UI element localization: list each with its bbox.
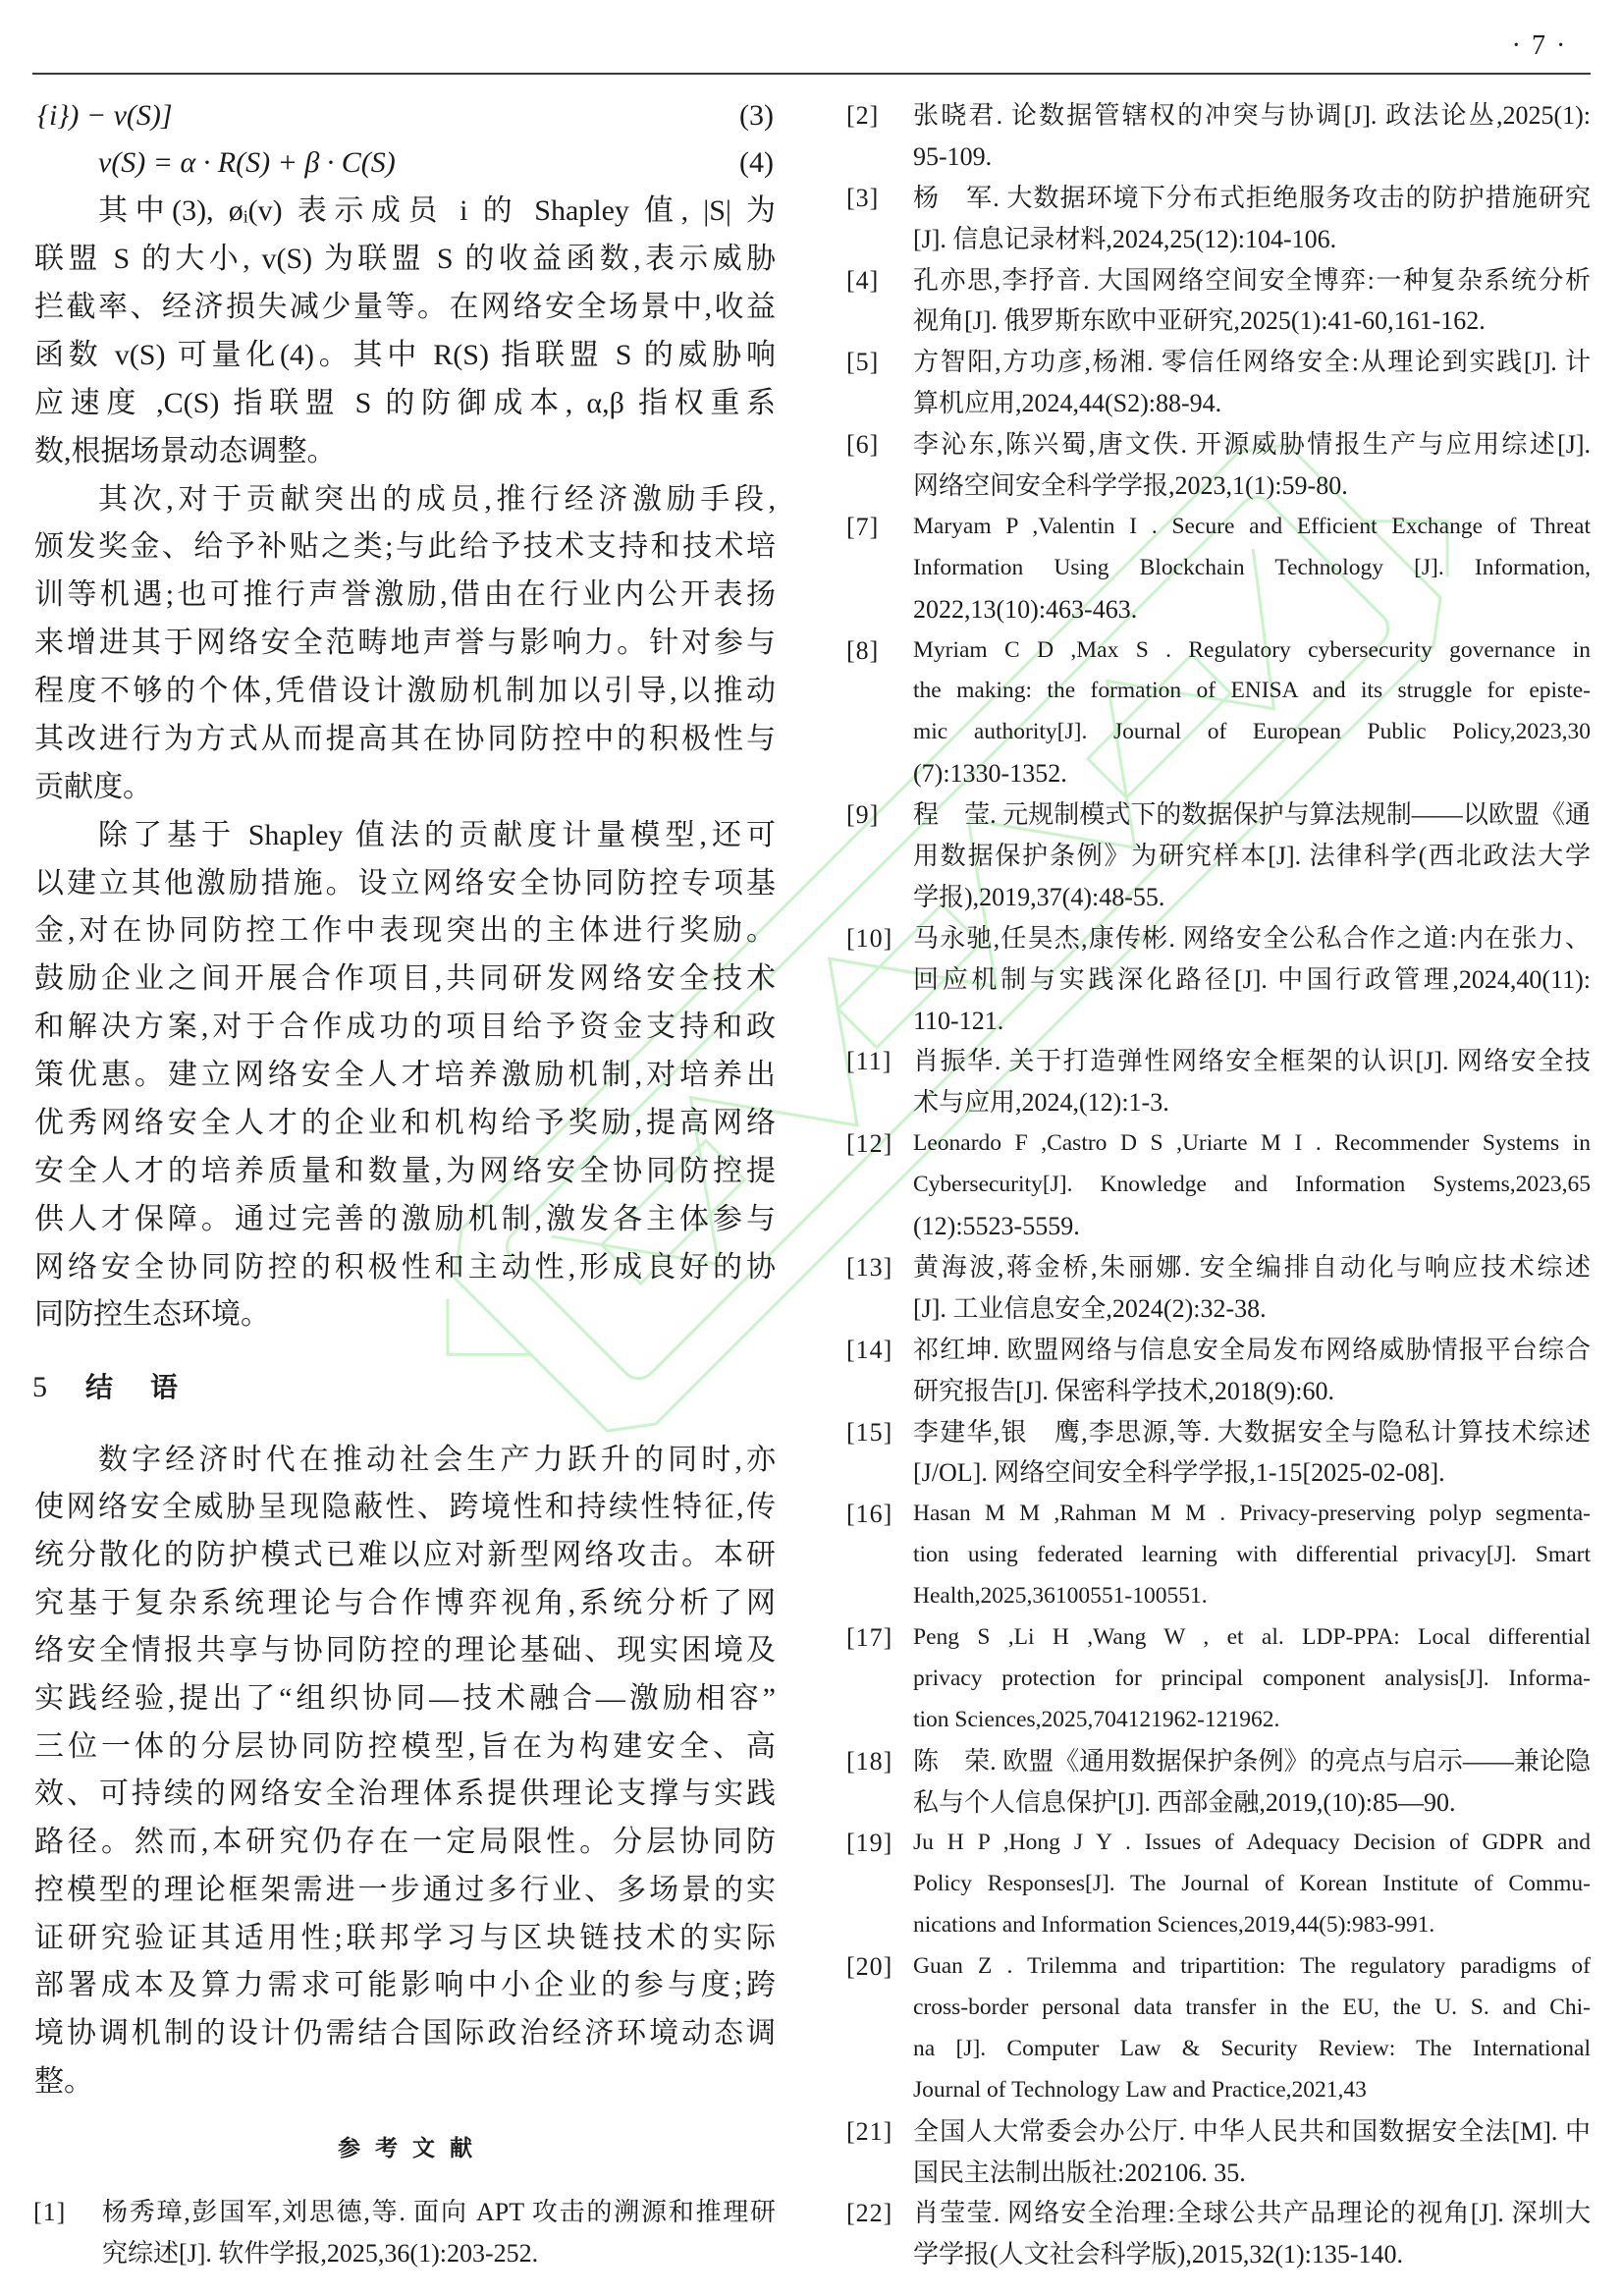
reference-line: Guan Z . Trilemma and tripartition: The … <box>913 1946 1591 1988</box>
reference-item-10: [10] 马永驰,任昊杰,康传彬. 网络安全公私合作之道:内在张力、 回应机制与… <box>846 918 1591 1042</box>
reference-line: 杨秀璋,彭国军,刘思德,等. 面向 APT 攻击的溯源和推理研 <box>102 2192 776 2233</box>
reference-line: 学报),2019,37(4):48-55. <box>913 877 1591 918</box>
reference-line: privacy protection for principal compone… <box>913 1659 1591 1700</box>
text-line: 供人才保障。通过完善的激励机制,激发各主体参与 <box>34 1196 776 1244</box>
text-line: 优秀网络安全人才的企业和机构给予奖励,提高网络 <box>34 1100 776 1148</box>
text-line: 和解决方案,对于合作成功的项目给予资金支持和政 <box>34 1004 776 1052</box>
text-line: 路径。然而,本研究仍存在一定局限性。分层协同防 <box>34 1819 776 1867</box>
page-number: · 7 · <box>1497 27 1582 65</box>
text-line: 程度不够的个体,凭借设计激励机制加以引导,以推动 <box>34 668 776 716</box>
text-line: 数,根据场景动态调整。 <box>34 428 776 476</box>
reference-number: [3] <box>846 178 879 219</box>
reference-line: 视角[J]. 俄罗斯东欧中亚研究,2025(1):41-60,161-162. <box>913 301 1591 342</box>
reference-line: nications and Information Sciences,2019,… <box>913 1905 1591 1946</box>
reference-line: Health,2025,36100551-100551. <box>913 1576 1591 1617</box>
reference-line: 程 莹. 元规制模式下的数据保护与算法规制——以欧盟《通 <box>913 794 1591 836</box>
reference-number: [15] <box>846 1412 892 1453</box>
section-number: 5 <box>32 1364 85 1411</box>
reference-number: [8] <box>846 630 879 672</box>
reference-item-11: [11] 肖振华. 关于打造弹性网络安全框架的认识[J]. 网络安全技 术与应用… <box>846 1041 1591 1123</box>
reference-item-21: [21] 全国人大常委会办公厅. 中华人民共和国数据安全法[M]. 中 国民主法… <box>846 2111 1591 2194</box>
text-line: 安全人才的培养质量和数量,为网络安全协同防控提 <box>34 1148 776 1196</box>
reference-line: Myriam C D ,Max S . Regulatory cybersecu… <box>913 630 1591 672</box>
reference-line: Ju H P ,Hong J Y . Issues of Adequacy De… <box>913 1823 1591 1864</box>
reference-line: 孔亦思,李抒音. 大国网络空间安全博弈:一种复杂系统分析 <box>913 260 1591 301</box>
paragraph-shapley-definition: 其中(3), øᵢ(v) 表示成员 i 的 Shapley 值, |S| 为 联… <box>34 188 776 475</box>
reference-number: [10] <box>846 918 892 959</box>
references-heading: 参考文献 <box>34 2129 776 2168</box>
reference-item-6: [6] 李沁东,陈兴蜀,唐文佚. 开源威胁情报生产与应用综述[J]. 网络空间安… <box>846 424 1591 507</box>
text-line: 三位一体的分层协同防控模型,旨在为构建安全、高 <box>34 1723 776 1772</box>
reference-line: [J]. 工业信息安全,2024(2):32-38. <box>913 1288 1591 1330</box>
equation-4: v(S) = α · R(S) + β · C(S) (4) <box>34 139 776 188</box>
text-line: 除了基于 Shapley 值法的贡献度计量模型,还可 <box>34 812 776 860</box>
text-line: 训等机遇;也可推行声誉激励,借由在行业内公开表扬 <box>34 572 776 620</box>
reference-number: [6] <box>846 424 879 465</box>
reference-line: 究综述[J]. 软件学报,2025,36(1):203-252. <box>102 2233 776 2274</box>
reference-line: 李建华,银 鹰,李思源,等. 大数据安全与隐私计算技术综述 <box>913 1412 1591 1453</box>
reference-item-13: [13] 黄海波,蒋金桥,朱丽娜. 安全编排自动化与响应技术综述 [J]. 工业… <box>846 1247 1591 1330</box>
reference-line: Journal of Technology Law and Practice,2… <box>913 2070 1591 2111</box>
section-heading: 5 结语 <box>32 1364 776 1411</box>
text-line: 联盟 S 的大小, v(S) 为联盟 S 的收益函数,表示威胁 <box>34 236 776 284</box>
reference-line: 马永驰,任昊杰,康传彬. 网络安全公私合作之道:内在张力、 <box>913 918 1591 959</box>
reference-line: 用数据保护条例》为研究样本[J]. 法律科学(西北政法大学 <box>913 836 1591 877</box>
reference-line: 肖莹莹. 网络安全治理:全球公共产品理论的视角[J]. 深圳大 <box>913 2193 1591 2234</box>
text-line: 数字经济时代在推动社会生产力跃升的同时,亦 <box>34 1437 776 1485</box>
reference-item-1: [1] 杨秀璋,彭国军,刘思德,等. 面向 APT 攻击的溯源和推理研 究综述[… <box>33 2192 776 2274</box>
reference-number: [9] <box>846 794 879 836</box>
reference-line: 网络空间安全科学学报,2023,1(1):59-80. <box>913 465 1591 507</box>
reference-item-14: [14] 祁红坤. 欧盟网络与信息安全局发布网络威胁情报平台综合 研究报告[J]… <box>846 1330 1591 1412</box>
text-line: 网络安全协同防控的积极性和主动性,形成良好的协 <box>34 1244 776 1292</box>
reference-line: Cybersecurity[J]. Knowledge and Informat… <box>913 1165 1591 1206</box>
reference-line: 肖振华. 关于打造弹性网络安全框架的认识[J]. 网络安全技 <box>913 1041 1591 1082</box>
reference-line: (12):5523-5559. <box>913 1206 1591 1247</box>
reference-line: 祁红坤. 欧盟网络与信息安全局发布网络威胁情报平台综合 <box>913 1330 1591 1371</box>
reference-line: 黄海波,蒋金桥,朱丽娜. 安全编排自动化与响应技术综述 <box>913 1247 1591 1288</box>
reference-line: 研究报告[J]. 保密科学技术,2018(9):60. <box>913 1371 1591 1412</box>
reference-line: 私与个人信息保护[J]. 西部金融,2019,(10):85—90. <box>913 1782 1591 1824</box>
text-line: 函数 v(S) 可量化(4)。其中 R(S) 指联盟 S 的威胁响 <box>34 332 776 380</box>
reference-item-9: [9] 程 莹. 元规制模式下的数据保护与算法规制——以欧盟《通 用数据保护条例… <box>846 794 1591 918</box>
reference-line: 算机应用,2024,44(S2):88-94. <box>913 383 1591 424</box>
reference-number: [21] <box>846 2111 892 2153</box>
text-line: 部署成本及算力需求可能影响中小企业的参与度;跨 <box>34 1962 776 2010</box>
reference-number: [2] <box>846 95 879 137</box>
text-line: 究基于复杂系统理论与合作博弈视角,系统分析了网 <box>34 1580 776 1628</box>
reference-line: 术与应用,2024,(12):1-3. <box>913 1082 1591 1123</box>
reference-line: [J]. 信息记录材料,2024,25(12):104-106. <box>913 219 1591 260</box>
text-line: 以建立其他激励措施。设立网络安全协同防控专项基 <box>34 860 776 908</box>
reference-list-left: [1] 杨秀璋,彭国军,刘思德,等. 面向 APT 攻击的溯源和推理研 究综述[… <box>33 2192 776 2274</box>
reference-item-15: [15] 李建华,银 鹰,李思源,等. 大数据安全与隐私计算技术综述 [J/OL… <box>846 1412 1591 1495</box>
reference-item-12: [12] Leonardo F ,Castro D S ,Uriarte M I… <box>846 1123 1591 1247</box>
reference-number: [19] <box>846 1823 892 1864</box>
reference-number: [20] <box>846 1946 892 1988</box>
text-line: 其中(3), øᵢ(v) 表示成员 i 的 Shapley 值, |S| 为 <box>34 188 776 236</box>
reference-number: [22] <box>846 2193 892 2234</box>
reference-line: Maryam P ,Valentin I . Secure and Effici… <box>913 507 1591 548</box>
reference-line: tion Sciences,2025,704121962-121962. <box>913 1700 1591 1741</box>
reference-line: 2022,13(10):463-463. <box>913 589 1591 630</box>
text-line: 整。 <box>34 2058 776 2106</box>
reference-number: [11] <box>846 1041 892 1082</box>
reference-item-19: [19] Ju H P ,Hong J Y . Issues of Adequa… <box>846 1823 1591 1946</box>
paragraph-conclusion: 数字经济时代在推动社会生产力跃升的同时,亦 使网络安全威胁呈现隐蔽性、跨境性和持… <box>34 1437 776 2106</box>
reference-line: 陈 荣. 欧盟《通用数据保护条例》的亮点与启示——兼论隐 <box>913 1741 1591 1782</box>
reference-list-right: [2] 张晓君. 论数据管辖权的冲突与协调[J]. 政法论丛,2025(1): … <box>846 95 1591 2275</box>
reference-item-5: [5] 方智阳,方功彦,杨湘. 零信任网络安全:从理论到实践[J]. 计 算机应… <box>846 342 1591 424</box>
reference-line: 方智阳,方功彦,杨湘. 零信任网络安全:从理论到实践[J]. 计 <box>913 342 1591 383</box>
equation-number: (3) <box>739 92 776 140</box>
reference-number: [7] <box>846 507 879 548</box>
paragraph-incentives: 其次,对于贡献突出的成员,推行经济激励手段, 颁发奖金、给予补贴之类;与此给予技… <box>34 476 776 812</box>
reference-line: 张晓君. 论数据管辖权的冲突与协调[J]. 政法论丛,2025(1): <box>913 95 1591 137</box>
text-line: 络安全情报共享与协同防控的理论基础、现实困境及 <box>34 1627 776 1675</box>
reference-number: [13] <box>846 1247 892 1288</box>
text-line: 境协调机制的设计仍需结合国际政治经济环境动态调 <box>34 2010 776 2058</box>
reference-line: Information Using Blockchain Technology … <box>913 548 1591 589</box>
reference-line: [J/OL]. 网络空间安全科学学报,1-15[2025-02-08]. <box>913 1452 1591 1494</box>
header-rule <box>32 73 1591 75</box>
text-line: 拦截率、经济损失减少量等。在网络安全场景中,收益 <box>34 284 776 332</box>
reference-number: [16] <box>846 1494 892 1535</box>
reference-item-7: [7] Maryam P ,Valentin I . Secure and Ef… <box>846 507 1591 630</box>
reference-number: [18] <box>846 1741 892 1782</box>
reference-line: cross-border personal data transfer in t… <box>913 1988 1591 2029</box>
text-line: 控模型的理论框架需进一步通过多行业、多场景的实 <box>34 1867 776 1915</box>
text-line: 使网络安全威胁呈现隐蔽性、跨境性和持续性特征,传 <box>34 1484 776 1532</box>
reference-line: (7):1330-1352. <box>913 753 1591 794</box>
text-line: 效、可持续的网络安全治理体系提供理论支撑与实践 <box>34 1771 776 1819</box>
reference-item-17: [17] Peng S ,Li H ,Wang W , et al. LDP-P… <box>846 1617 1591 1741</box>
paragraph-other-measures: 除了基于 Shapley 值法的贡献度计量模型,还可 以建立其他激励措施。设立网… <box>34 812 776 1340</box>
equation-number: (4) <box>739 139 776 188</box>
equation-expression: v(S) = α · R(S) + β · C(S) <box>34 139 396 188</box>
reference-line: 回应机制与实践深化路径[J]. 中国行政管理,2024,40(11): <box>913 959 1591 1001</box>
reference-line: 杨 军. 大数据环境下分布式拒绝服务攻击的防护措施研究 <box>913 178 1591 219</box>
reference-line: na [J]. Computer Law & Security Review: … <box>913 2029 1591 2070</box>
reference-item-4: [4] 孔亦思,李抒音. 大国网络空间安全博弈:一种复杂系统分析 视角[J]. … <box>846 260 1591 343</box>
text-line: 金,对在协同防控工作中表现突出的主体进行奖励。 <box>34 907 776 956</box>
reference-line: 学学报(人文社会科学版),2015,32(1):135-140. <box>913 2234 1591 2275</box>
equation-3: {i}) − v(S)] (3) <box>34 92 776 140</box>
reference-number: [12] <box>846 1123 892 1165</box>
reference-number: [17] <box>846 1617 892 1659</box>
text-line: 其次,对于贡献突出的成员,推行经济激励手段, <box>34 476 776 524</box>
text-line: 应速度 ,C(S) 指联盟 S 的防御成本, α,β 指权重系 <box>34 380 776 428</box>
text-line: 其改进行为方式从而提高其在协同防控中的积极性与 <box>34 716 776 764</box>
reference-line: Policy Responses[J]. The Journal of Kore… <box>913 1864 1591 1905</box>
equation-expression: {i}) − v(S)] <box>34 92 173 140</box>
reference-line: Hasan M M ,Rahman M M . Privacy-preservi… <box>913 1494 1591 1535</box>
text-line: 同防控生态环境。 <box>34 1291 776 1339</box>
reference-line: 95-109. <box>913 137 1591 178</box>
reference-item-20: [20] Guan Z . Trilemma and tripartition:… <box>846 1946 1591 2111</box>
reference-line: 全国人大常委会办公厅. 中华人民共和国数据安全法[M]. 中 <box>913 2111 1591 2153</box>
reference-number: [14] <box>846 1330 892 1371</box>
text-line: 实践经验,提出了“组织协同—技术融合—激励相容” <box>34 1675 776 1723</box>
reference-number: [1] <box>33 2192 66 2233</box>
reference-line: 李沁东,陈兴蜀,唐文佚. 开源威胁情报生产与应用综述[J]. <box>913 424 1591 465</box>
journal-page: · 7 · {i}) − v(S)] (3) v(S) = α · R(S) +… <box>0 0 1622 2296</box>
reference-item-2: [2] 张晓君. 论数据管辖权的冲突与协调[J]. 政法论丛,2025(1): … <box>846 95 1591 178</box>
reference-item-18: [18] 陈 荣. 欧盟《通用数据保护条例》的亮点与启示——兼论隐 私与个人信息… <box>846 1741 1591 1824</box>
reference-line: Peng S ,Li H ,Wang W , et al. LDP-PPA: L… <box>913 1617 1591 1659</box>
reference-number: [5] <box>846 342 879 383</box>
text-line: 鼓励企业之间开展合作项目,共同研发网络安全技术 <box>34 956 776 1004</box>
reference-line: 110-121. <box>913 1001 1591 1042</box>
left-column-body: {i}) − v(S)] (3) v(S) = α · R(S) + β · C… <box>34 92 776 1340</box>
reference-number: [4] <box>846 260 879 301</box>
text-line: 策优惠。建立网络安全人才培养激励机制,对培养出 <box>34 1052 776 1100</box>
reference-item-22: [22] 肖莹莹. 网络安全治理:全球公共产品理论的视角[J]. 深圳大 学学报… <box>846 2193 1591 2275</box>
text-line: 来增进其于网络安全范畴地声誉与影响力。针对参与 <box>34 620 776 668</box>
reference-line: the making: the formation of ENISA and i… <box>913 671 1591 712</box>
section-title: 结语 <box>85 1364 215 1411</box>
reference-line: 国民主法制出版社:202106. 35. <box>913 2153 1591 2194</box>
reference-item-16: [16] Hasan M M ,Rahman M M . Privacy-pre… <box>846 1494 1591 1617</box>
text-line: 贡献度。 <box>34 764 776 812</box>
reference-line: tion using federated learning with diffe… <box>913 1535 1591 1576</box>
reference-item-8: [8] Myriam C D ,Max S . Regulatory cyber… <box>846 630 1591 795</box>
text-line: 证研究验证其适用性;联邦学习与区块链技术的实际 <box>34 1915 776 1963</box>
reference-line: Leonardo F ,Castro D S ,Uriarte M I . Re… <box>913 1123 1591 1165</box>
reference-item-3: [3] 杨 军. 大数据环境下分布式拒绝服务攻击的防护措施研究 [J]. 信息记… <box>846 178 1591 260</box>
text-line: 统分散化的防护模式已难以应对新型网络攻击。本研 <box>34 1532 776 1580</box>
text-line: 颁发奖金、给予补贴之类;与此给予技术支持和技术培 <box>34 523 776 572</box>
reference-line: mic authority[J]. Journal of European Pu… <box>913 712 1591 753</box>
